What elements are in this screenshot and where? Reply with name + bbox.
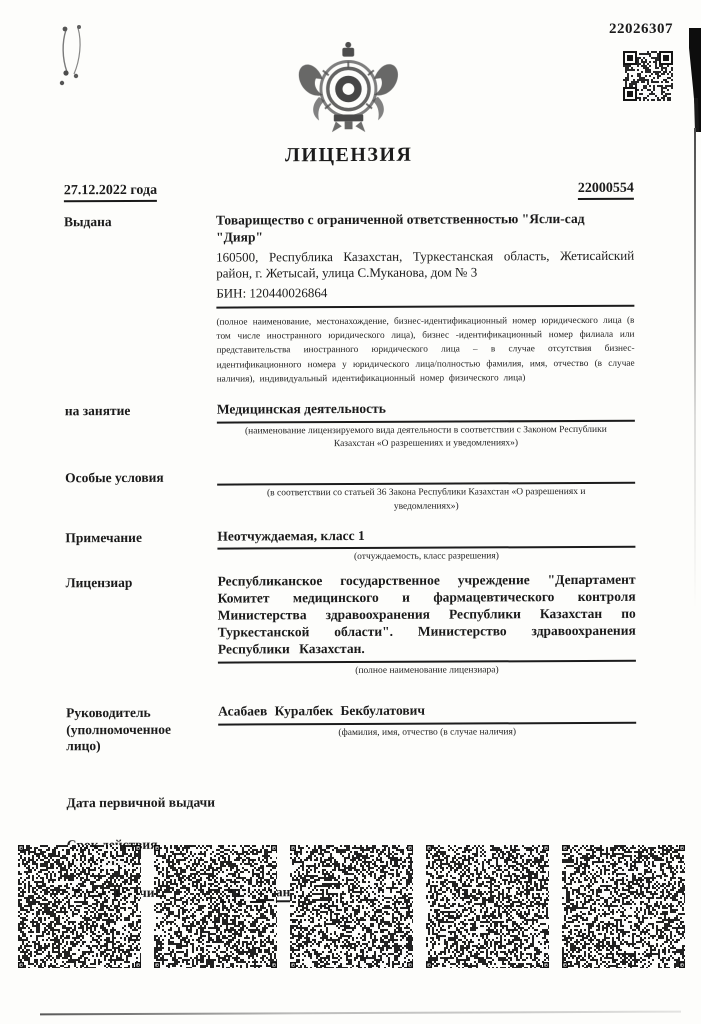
datamatrix-block-2-icon: [154, 845, 277, 968]
scanned-license-page: 22026307: [0, 0, 701, 1024]
issued-to-label: Выдана: [64, 213, 216, 231]
document-body: ЛИЦЕНЗИЯ 27.12.2022 года 22000554 Выдана…: [0, 0, 701, 903]
datamatrix-block-1-icon: [18, 845, 141, 968]
licensor-caption: (полное наименование лицензиара): [218, 663, 636, 679]
issued-to-value: Товарищество с ограниченной ответственно…: [216, 211, 635, 387]
licensee-name: Товарищество с ограниченной ответственно…: [216, 211, 634, 247]
issue-date: 27.12.2022 года: [64, 183, 157, 202]
head-caption: (фамилия, имя, отчество (в случае наличи…: [218, 726, 636, 742]
activity-value-wrap: Медицинская деятельность (наименование л…: [217, 399, 635, 452]
note-caption: (отчуждаемость, класс разрешения): [217, 550, 635, 566]
licensee-bin: БИН: 120440026864: [216, 284, 634, 308]
datamatrix-block-4-icon: [426, 845, 549, 968]
field-activity: на занятие Медицинская деятельность (наи…: [65, 399, 635, 453]
datamatrix-block-5-icon: [562, 845, 685, 968]
field-issued-to: Выдана Товарищество с ограниченной ответ…: [64, 211, 635, 388]
note-label: Примечание: [65, 528, 217, 546]
licensor-value: Республиканское государственное учрежден…: [218, 572, 636, 663]
kazakhstan-coat-of-arms-icon: [289, 36, 407, 143]
field-special-conditions: Особые условия (в соответствии со статье…: [65, 467, 635, 516]
special-conditions-value-wrap: (в соответствии со статьей 36 Закона Рес…: [217, 467, 635, 515]
activity-value: Медицинская деятельность: [217, 399, 635, 423]
head-label: Руководитель (уполномоченное лицо): [66, 704, 218, 755]
document-title: ЛИЦЕНЗИЯ: [64, 143, 634, 168]
head-value-wrap: Асабаев Куралбек Бекбулатович (фамилия, …: [218, 702, 636, 741]
field-head: Руководитель (уполномоченное лицо) Асаба…: [66, 702, 636, 755]
activity-caption: (наименование лицензируемого вида деятел…: [217, 423, 635, 452]
date-number-row: 27.12.2022 года 22000554: [64, 181, 634, 202]
bottom-scan-line: [40, 1011, 681, 1016]
note-value: Неотчуждаемая, класс 1: [217, 526, 635, 550]
activity-label: на занятие: [65, 401, 217, 419]
field-first-issue-date: Дата первичной выдачи: [66, 793, 636, 812]
license-number: 22000554: [578, 181, 634, 200]
field-licensor: Лицензиар Республиканское государственно…: [66, 572, 636, 680]
special-conditions-value: [217, 467, 635, 486]
licensor-label: Лицензиар: [66, 574, 218, 592]
first-issue-date-label: Дата первичной выдачи: [66, 794, 215, 812]
licensor-value-wrap: Республиканское государственное учрежден…: [218, 572, 636, 679]
licensee-address: 160500, Республика Казахстан, Туркестанс…: [216, 248, 634, 283]
special-conditions-label: Особые условия: [65, 469, 217, 487]
emblem-container: [63, 35, 633, 145]
datamatrix-strip: [18, 845, 685, 968]
special-conditions-caption: (в соответствии со статьей 36 Закона Рес…: [217, 486, 635, 515]
datamatrix-block-3-icon: [290, 845, 413, 968]
note-value-wrap: Неотчуждаемая, класс 1 (отчуждаемость, к…: [217, 526, 635, 565]
issued-to-caption: (полное наименование, местонахождение, б…: [216, 313, 634, 387]
field-note: Примечание Неотчуждаемая, класс 1 (отчуж…: [65, 526, 635, 566]
head-value: Асабаев Куралбек Бекбулатович: [218, 702, 636, 726]
